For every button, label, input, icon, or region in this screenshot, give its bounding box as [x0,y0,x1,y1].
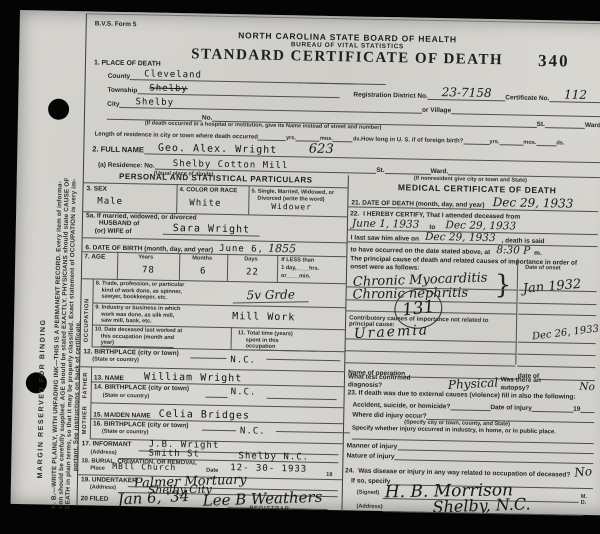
cause-brace: } [495,270,512,300]
certificate-form: B.V.S. Form 5 NORTH CAROLINA STATE BOARD… [76,13,600,516]
autopsy-value: No [579,381,595,393]
principal-cause-line2: onset were as follows: [350,263,419,272]
father-birthplace-value: N.C. [231,387,257,397]
related-occupation-value: No [574,464,593,479]
sex-value: Male [97,197,123,207]
certificate-number-value: 112 [549,87,600,103]
marital-cell: 5. Single, Married, Widowed, or Divorced… [249,186,348,216]
trade-value: 5v Grde [232,287,309,303]
certificate-paper: MARGIN RESERVED FOR BINDING N. B.—WRITE … [11,10,600,515]
age-years-cell: Years 78 [118,252,181,280]
columns: PERSONAL AND STATISTICAL PARTICULARS 3. … [77,170,600,516]
age-days-value: 22 [246,267,259,277]
totaltime-cell: 11. Total time (years) spent in this occ… [232,327,345,351]
specify-whether-note: Specify whether injury occurred in indus… [352,425,556,436]
filed-date: Jan 6, '34 [117,487,190,509]
mother-birthplace-value: N.C. [240,426,266,436]
punch-hole-top [48,99,69,120]
race-cell: 4. COLOR OR RACE White [177,185,250,214]
medical-column: MEDICAL CERTIFICATE OF DEATH 21. DATE OF… [342,175,600,516]
registration-district-value: 23-7158 [428,85,506,101]
filed-row: 20 FILED Jan 6, '34 Lee B Weathers REGIS… [77,490,341,511]
sex-cell: 3. SEX Male [83,183,178,213]
lastworked-cell: 10. Date deceased last worked at this oc… [92,324,232,349]
county-value: Cleveland [130,69,216,82]
birthplace-value: N.C. [230,355,256,365]
age-months-value: 6 [200,267,207,277]
father-side-label: FATHER [83,372,90,398]
race-value: White [189,198,221,209]
date-of-onset-label: Date of onset [525,265,561,272]
city-value: Shelby [119,97,190,109]
onset-date-value: Jan 1932 [522,277,582,297]
margin-binding-note: MARGIN RESERVED FOR BINDING [37,318,47,478]
age-less-cell: If LESS than 1 day,____hrs. or____min. [278,255,347,283]
marital-value: Widower [271,202,312,212]
age-days-cell: Days 22 [228,254,279,282]
dod-value: Dec 29, 1933 [493,195,574,211]
occupation-side-label: OCCUPATION [84,298,91,342]
spouse-value: Sara Wright [163,223,260,237]
age-months-cell: Months 6 [180,253,229,281]
dob-year-value: 1855 [268,242,296,256]
industry-value: Mill Work [232,311,295,323]
burial-place-value: MBll Church [112,462,176,472]
township-value: Shelby [137,83,200,95]
house-number-value: 623 [291,141,351,158]
scanned-death-certificate: MARGIN RESERVED FOR BINDING N. B.—WRITE … [0,0,600,534]
age-years-value: 78 [142,265,155,275]
mother-side-label: MOTHER [82,406,89,435]
personal-column: PERSONAL AND STATISTICAL PARTICULARS 3. … [77,170,347,511]
test-value: Physical [448,376,499,393]
age-label-cell: 7. AGE [82,251,119,279]
contributory-date: Dec 26, 1933 [531,324,599,343]
certificate-big-number: 340 [538,51,570,72]
time-value: 8:30 P [496,244,530,257]
registrar-label: REGISTRAR [249,505,289,512]
